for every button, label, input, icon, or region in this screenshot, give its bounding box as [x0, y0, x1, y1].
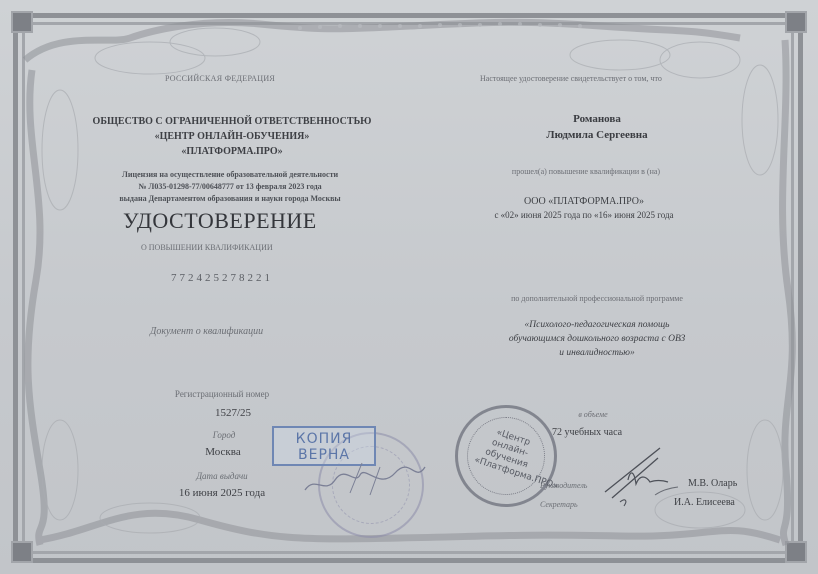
secretary-label: Секретарь — [540, 500, 578, 509]
license-line-2: № Л035-01298-77/00648777 от 13 февраля 2… — [138, 182, 321, 191]
license-line-1: Лицензия на осуществление образовательно… — [122, 170, 338, 179]
recipient-surname: Романова — [573, 113, 621, 125]
issue-date-value: 16 июня 2025 года — [179, 487, 265, 499]
training-period: с «02» июня 2025 года по «16» июня 2025 … — [494, 210, 673, 220]
passed-training-label: прошел(а) повышение квалификации в (на) — [512, 167, 660, 176]
reg-number-label: Регистрационный номер — [175, 389, 269, 399]
document-title: УДОСТОВЕРЕНИЕ — [123, 208, 317, 234]
organization-line-3: «ПЛАТФОРМА.ПРО» — [181, 146, 282, 157]
recipient-name-patronymic: Людмила Сергеевна — [546, 129, 647, 141]
notary-signature-icon — [300, 455, 430, 505]
volume-hours: 72 учебных часа — [552, 427, 622, 438]
serial-number: 772425278221 — [171, 272, 273, 284]
program-line-2: обучающимся дошкольного возраста с ОВЗ — [509, 334, 685, 344]
training-organization: ООО «ПЛАТФОРМА.ПРО» — [524, 196, 644, 207]
city-label: Город — [213, 430, 236, 440]
city-value: Москва — [205, 446, 240, 458]
volume-label: в объеме — [578, 410, 607, 419]
program-line-1: «Психолого-педагогическая помощь — [525, 320, 670, 330]
organization-line-1: ОБЩЕСТВО С ОГРАНИЧЕННОЙ ОТВЕТСТВЕННОСТЬЮ — [93, 116, 372, 127]
intro-text: Настоящее удостоверение свидетельствует … — [480, 74, 662, 83]
reg-number-value: 1527/25 — [215, 407, 251, 419]
issue-date-label: Дата выдачи — [196, 471, 247, 481]
license-line-3: выдана Департаментом образования и науки… — [119, 194, 340, 203]
country-label: РОССИЙСКАЯ ФЕДЕРАЦИЯ — [165, 74, 275, 83]
organization-line-2: «ЦЕНТР ОНЛАЙН-ОБУЧЕНИЯ» — [155, 131, 310, 142]
document-kind-label: Документ о квалификации — [150, 326, 263, 337]
director-name: М.В. Оларь — [688, 478, 737, 489]
copy-stamp-line-1: КОПИЯ — [274, 431, 374, 447]
document-subtitle: О ПОВЫШЕНИИ КВАЛИФИКАЦИИ — [141, 243, 273, 252]
program-label: по дополнительной профессиональной прогр… — [511, 294, 683, 303]
program-line-3: и инвалидностью» — [559, 348, 634, 358]
certificate-sheet: РОССИЙСКАЯ ФЕДЕРАЦИЯ ОБЩЕСТВО С ОГРАНИЧЕ… — [0, 0, 818, 574]
director-signature-icon — [600, 440, 690, 510]
